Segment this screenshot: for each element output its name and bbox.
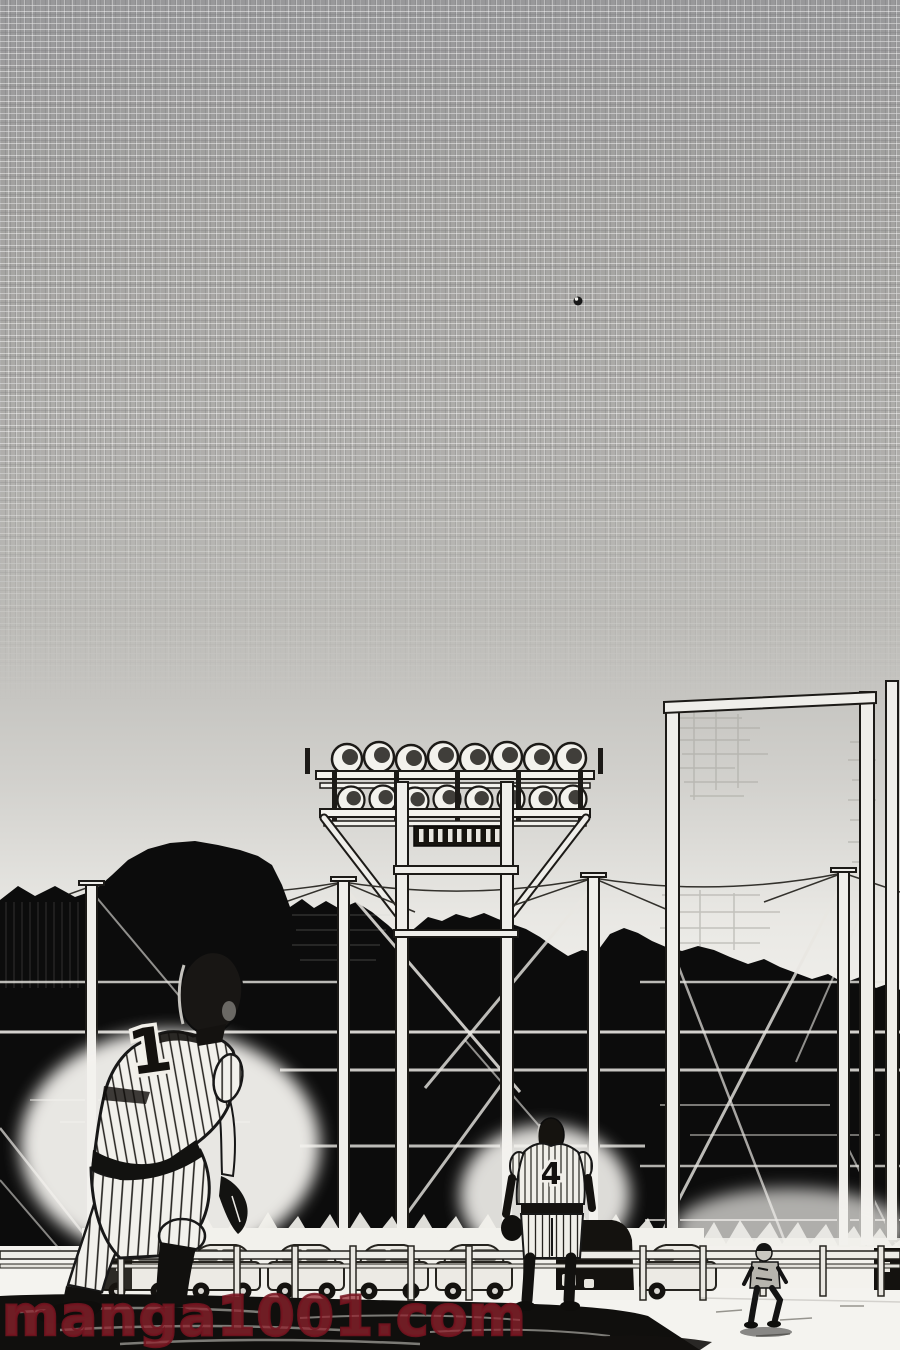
tower-end-stub	[598, 748, 603, 774]
jersey-number-4: 4	[541, 1157, 562, 1192]
tower-post-left	[396, 782, 408, 1245]
edge-pole	[886, 681, 898, 1241]
backstop-post-left	[666, 703, 679, 1246]
tower-end-stub	[305, 748, 310, 774]
fly-ball	[574, 297, 583, 306]
ground-sketch-right	[700, 1298, 900, 1336]
manga-page: 4 4	[0, 0, 900, 1350]
ballpark-scene: 4 4	[0, 0, 900, 1350]
baseball-glove	[501, 1215, 523, 1241]
backstop-top-bar	[664, 692, 876, 713]
backstop-post-right	[860, 692, 874, 1246]
tower-sign	[414, 826, 504, 846]
shadow-streak	[560, 1335, 712, 1350]
belt	[521, 1204, 583, 1214]
site-watermark: manga1001.com	[2, 1284, 527, 1348]
